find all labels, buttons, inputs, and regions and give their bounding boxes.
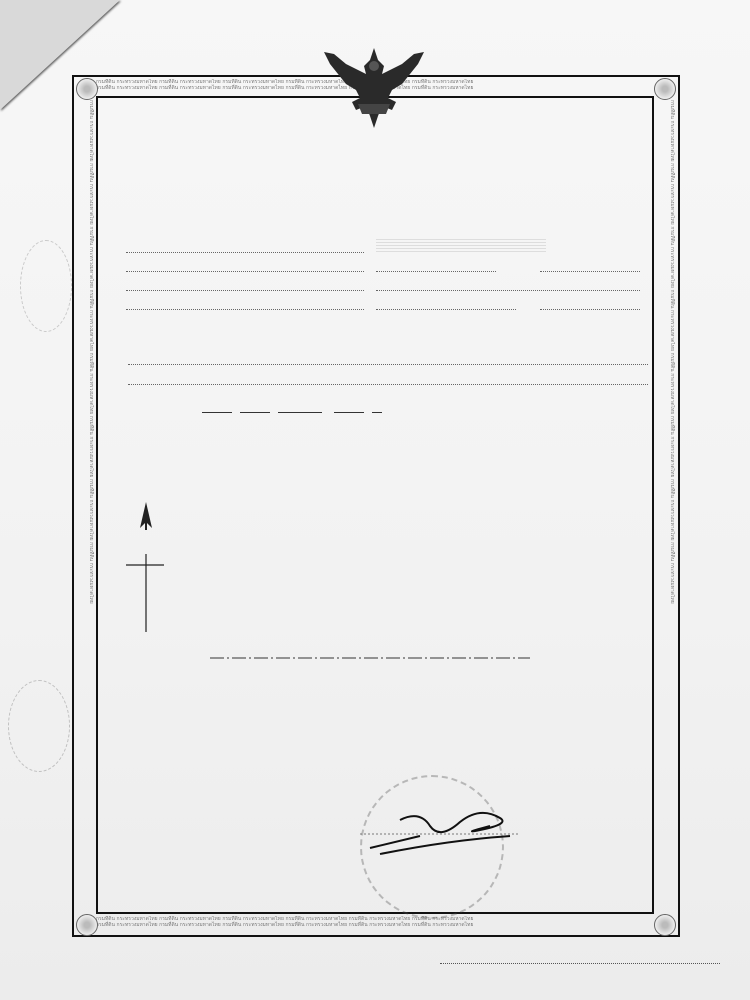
decorative-border-text: กรมที่ดิน กระทรวงมหาดไทย กรมที่ดิน กระทร… [657,100,675,912]
field-tambon [126,238,364,253]
corner-seal-icon [654,78,676,100]
owner-name-row [128,350,648,365]
corner-seal-icon [76,914,98,936]
faint-stamp [8,680,70,772]
garuda-emblem-icon [318,44,430,130]
field-reg-book [376,257,496,272]
field-sheet-code [376,295,516,310]
area-row [198,412,386,413]
owner-address-row [128,370,648,385]
faint-stamp [20,240,72,332]
field-province [126,276,364,291]
field-land-number [376,276,640,291]
decorative-border-text: กรมที่ดิน กระทรวงมหาดไทย กรมที่ดิน กระทร… [96,916,652,930]
field-reg-number [376,238,546,252]
corner-seal-icon [654,914,676,936]
issue-date-row [200,772,236,773]
field-amphoe [126,257,364,272]
field-aerial-map [126,295,364,310]
signature-icon [360,800,540,860]
north-arrow-icon [126,502,164,632]
decorative-border-text: กรมที่ดิน กระทรวงมหาดไทย กรมที่ดิน กระทร… [76,100,94,912]
field-reg-page [540,257,640,272]
parcel-map [120,500,560,670]
land-officer-label [440,963,720,964]
field-sheet-number [540,295,640,310]
corner-seal-icon [76,78,98,100]
